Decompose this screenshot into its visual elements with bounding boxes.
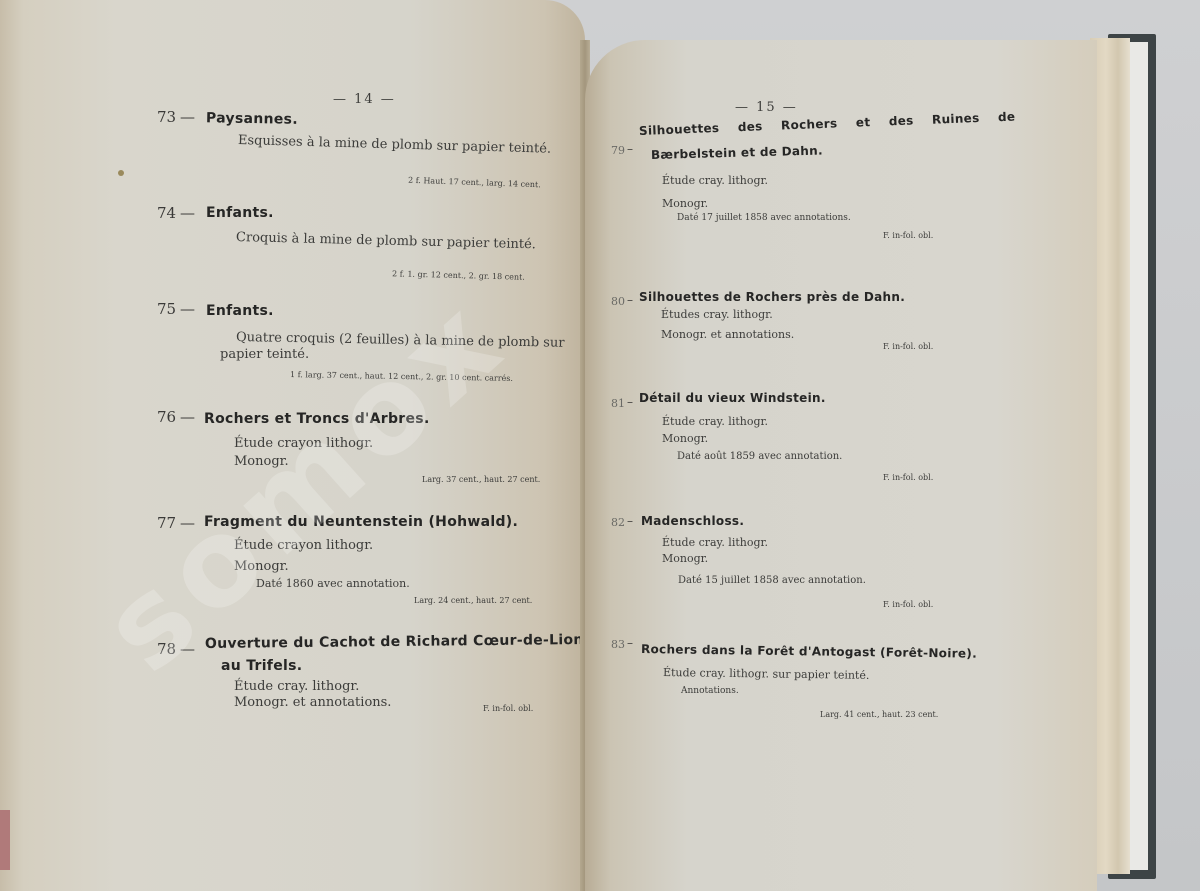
entry-dash: – [627, 514, 633, 528]
entry-dash: – [627, 636, 633, 650]
entry-title: Madenschloss. [641, 514, 744, 528]
entry-line: Monogr. [662, 197, 708, 210]
entry-number: 76 [157, 408, 176, 426]
entry-title: Paysannes. [206, 110, 298, 128]
entry-line: Étude crayon lithogr. [234, 538, 373, 553]
right-page: — 15 — 79 – Silhouettes des Rochers et d… [585, 40, 1097, 891]
entry-dimensions: F. in-fol. obl. [883, 600, 933, 609]
left-page: — 14 — 73 — Paysannes. Esquisses à la mi… [0, 0, 585, 891]
entry-dash: — [180, 108, 195, 126]
entry-dash: — [180, 300, 195, 318]
entry-dimensions: Larg. 24 cent., haut. 27 cent. [414, 596, 532, 605]
entry-number: 75 [157, 300, 176, 318]
entry-dimensions: F. in-fol. obl. [883, 342, 933, 351]
entry-line: Daté 15 juillet 1858 avec annotation. [678, 575, 866, 586]
entry-dash: — [180, 640, 195, 658]
entry-line: Monogr. [234, 559, 289, 574]
entry-line: Annotations. [681, 686, 739, 696]
entry-number: 83 [611, 638, 625, 651]
entry-title: Enfants. [206, 205, 274, 221]
entry-title: Enfants. [206, 303, 274, 319]
book-endpaper-edge [1128, 42, 1148, 870]
entry-dash: – [627, 395, 633, 409]
entry-line: Daté 1860 avec annotation. [256, 577, 410, 590]
entry-dash: — [180, 204, 195, 222]
entry-dimensions: 1 f. larg. 37 cent., haut. 12 cent., 2. … [290, 370, 513, 383]
entry-line: Monogr. et annotations. [661, 328, 794, 341]
entry-line: Esquisses à la mine de plomb sur papier … [238, 133, 551, 157]
entry-dimensions: Larg. 41 cent., haut. 23 cent. [820, 710, 938, 719]
paper-stain [118, 170, 124, 176]
entry-line: Daté août 1859 avec annotation. [677, 451, 842, 462]
entry-number: 80 [611, 295, 625, 308]
entry-title: Silhouettes des Rochers et des Ruines de [639, 110, 1016, 138]
entry-line: Études cray. lithogr. [661, 308, 773, 321]
entry-line: Étude cray. lithogr. [662, 415, 768, 428]
entry-number: 79 [611, 144, 625, 157]
entry-line: Croquis à la mine de plomb sur papier te… [236, 230, 536, 252]
page-number-right: — 15 — [735, 100, 798, 115]
entry-dimensions: F. in-fol. obl. [883, 231, 933, 240]
entry-line: Monogr. [662, 552, 708, 565]
entry-dimensions: F. in-fol. obl. [883, 473, 933, 482]
entry-line: Étude crayon lithogr. [234, 436, 373, 451]
entry-number: 81 [611, 397, 625, 410]
page-number-left: — 14 — [333, 92, 396, 107]
entry-dimensions: Larg. 37 cent., haut. 27 cent. [422, 475, 540, 484]
entry-line: papier teinté. [220, 347, 309, 362]
entry-line: Étude cray. lithogr. [662, 536, 768, 549]
entry-title: Rochers dans la Forêt d'Antogast (Forêt-… [641, 642, 977, 661]
entry-dimensions: 2 f. 1. gr. 12 cent., 2. gr. 18 cent. [392, 269, 525, 281]
entry-title: Rochers et Troncs d'Arbres. [204, 411, 430, 427]
entry-number: 77 [157, 514, 176, 532]
entry-number: 78 [157, 640, 176, 658]
entry-line: Étude cray. lithogr. [662, 174, 768, 187]
entry-title: Ouverture du Cachot de Richard Cœur-de-L… [205, 632, 584, 652]
entry-title-continued: Bærbelstein et de Dahn. [651, 144, 823, 162]
entry-title: Détail du vieux Windstein. [639, 391, 826, 405]
entry-dash: — [180, 408, 195, 426]
entry-number: 73 [157, 108, 176, 126]
entry-number: 74 [157, 204, 176, 222]
entry-dash: – [627, 293, 633, 307]
entry-dash: – [627, 142, 633, 156]
entry-number: 82 [611, 516, 625, 529]
entry-title-continued: au Trifels. [221, 658, 302, 674]
entry-line: Monogr. et annotations. [234, 695, 391, 710]
finger-edge [0, 810, 10, 870]
entry-line: Monogr. [234, 454, 289, 469]
entry-line: Étude cray. lithogr. sur papier teinté. [663, 666, 870, 682]
entry-line: Daté 17 juillet 1858 avec annotations. [677, 213, 851, 223]
entry-dimensions: F. in-fol. obl. [483, 704, 533, 713]
entry-line: Étude cray. lithogr. [234, 679, 359, 694]
entry-title: Silhouettes de Rochers près de Dahn. [639, 290, 905, 304]
entry-line: Monogr. [662, 432, 708, 445]
entry-title: Fragment du Neuntenstein (Hohwald). [204, 514, 518, 530]
entry-dimensions: 2 f. Haut. 17 cent., larg. 14 cent. [408, 176, 541, 190]
entry-dash: — [180, 514, 195, 532]
